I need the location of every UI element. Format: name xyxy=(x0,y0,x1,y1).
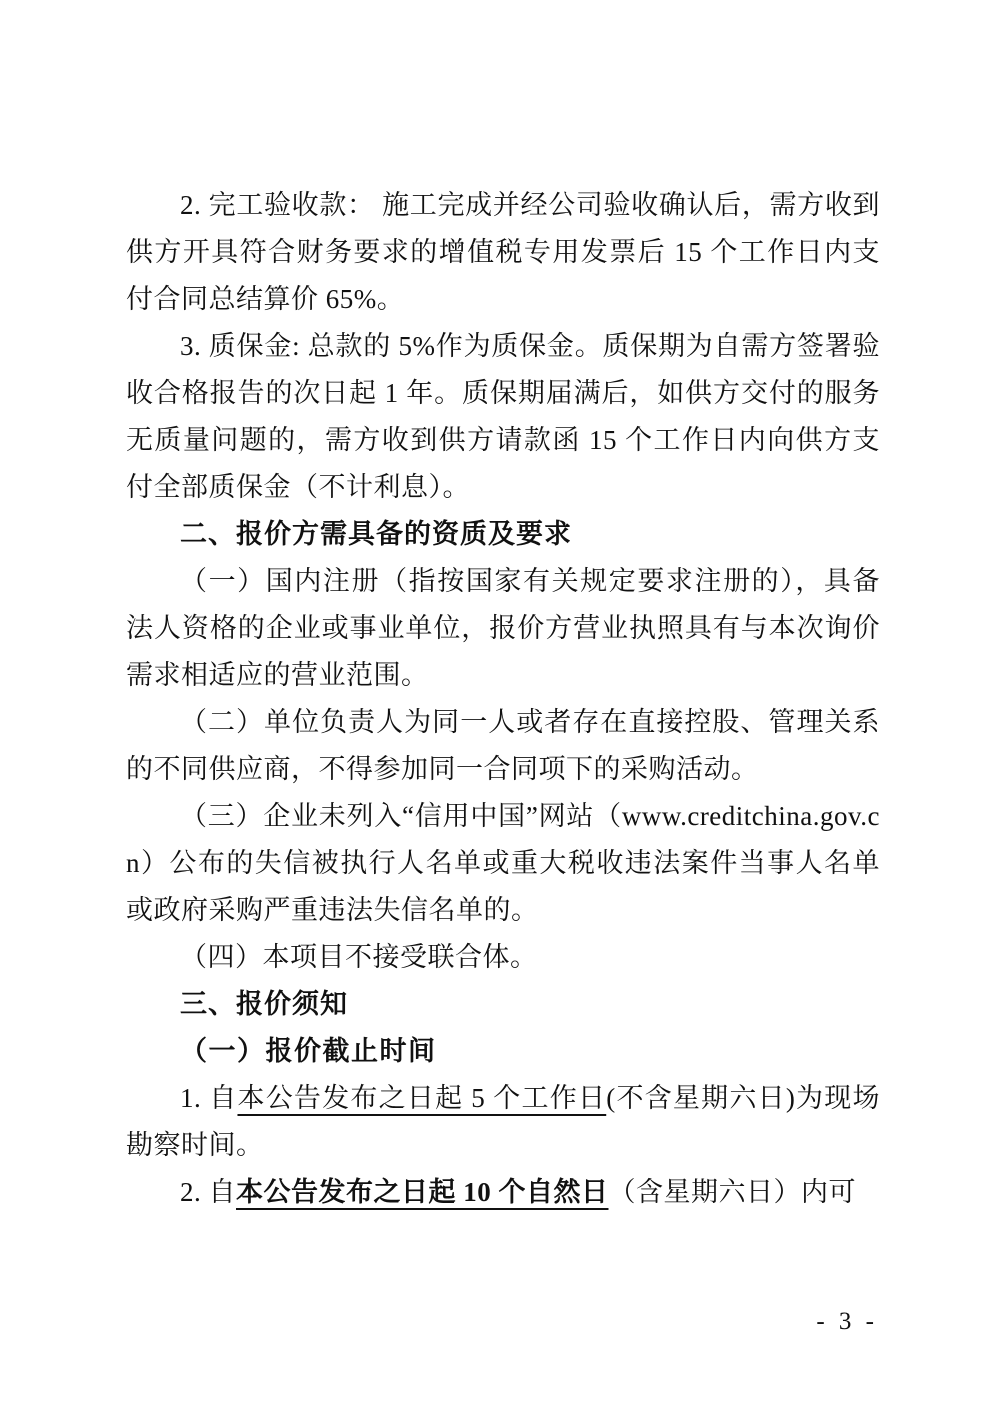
text-run: 1. 自 xyxy=(180,1083,237,1113)
text-run: 二、报价方需具备的资质及要求 xyxy=(180,519,572,549)
text-run: （含星期六日）内可 xyxy=(609,1177,857,1207)
note-1-site-survey-period: 1. 自本公告发布之日起 5 个工作日(不含星期六日)为现场勘察时间。 xyxy=(126,1075,880,1169)
page-number: - 3 - xyxy=(816,1306,878,1338)
section-heading-qualifications: 二、报价方需具备的资质及要求 xyxy=(126,511,880,558)
item-1-domestic-registration: （一）国内注册（指按国家有关规定要求注册的），具备法人资格的企业或事业单位，报价… xyxy=(126,558,880,699)
text-run: 3. 质保金: 总款的 5%作为质保金。质保期为自需方签署验收合格报告的次日起 … xyxy=(126,331,880,502)
text-run: （四）本项目不接受联合体。 xyxy=(180,942,538,972)
document-page: 2. 完工验收款： 施工完成并经公司验收确认后，需方收到供方开具符合财务要求的增… xyxy=(0,0,1000,1414)
text-run: 三、报价须知 xyxy=(180,989,348,1019)
text-run: （一）国内注册（指按国家有关规定要求注册的），具备法人资格的企业或事业单位，报价… xyxy=(126,566,880,690)
text-run: （一）报价截止时间 xyxy=(180,1036,437,1066)
item-3-creditchina-blacklist: （三）企业未列入“信用中国”网站（www.creditchina.gov.cn）… xyxy=(126,793,880,934)
clause-warranty-deposit: 3. 质保金: 总款的 5%作为质保金。质保期为自需方签署验收合格报告的次日起 … xyxy=(126,323,880,511)
subheading-quotation-deadline: （一）报价截止时间 xyxy=(126,1028,880,1075)
text-run: （二）单位负责人为同一人或者存在直接控股、管理关系的不同供应商，不得参加同一合同… xyxy=(126,707,880,784)
underlined-text: 本公告发布之日起 10 个自然日 xyxy=(236,1177,609,1207)
clause-final-payment: 2. 完工验收款： 施工完成并经公司验收确认后，需方收到供方开具符合财务要求的增… xyxy=(126,182,880,323)
item-4-no-consortium: （四）本项目不接受联合体。 xyxy=(126,934,880,981)
text-run: （三）企业未列入“信用中国”网站（www.creditchina.gov.cn）… xyxy=(126,801,880,925)
section-heading-quotation-notes: 三、报价须知 xyxy=(126,981,880,1028)
text-run: 2. 完工验收款： 施工完成并经公司验收确认后，需方收到供方开具符合财务要求的增… xyxy=(126,190,880,314)
document-body: 2. 完工验收款： 施工完成并经公司验收确认后，需方收到供方开具符合财务要求的增… xyxy=(126,182,880,1216)
underlined-text: 本公告发布之日起 5 个工作日 xyxy=(237,1083,606,1113)
text-run: 2. 自 xyxy=(180,1177,236,1207)
item-2-same-responsible-person: （二）单位负责人为同一人或者存在直接控股、管理关系的不同供应商，不得参加同一合同… xyxy=(126,699,880,793)
note-2-quotation-window: 2. 自本公告发布之日起 10 个自然日（含星期六日）内可 xyxy=(126,1169,880,1216)
